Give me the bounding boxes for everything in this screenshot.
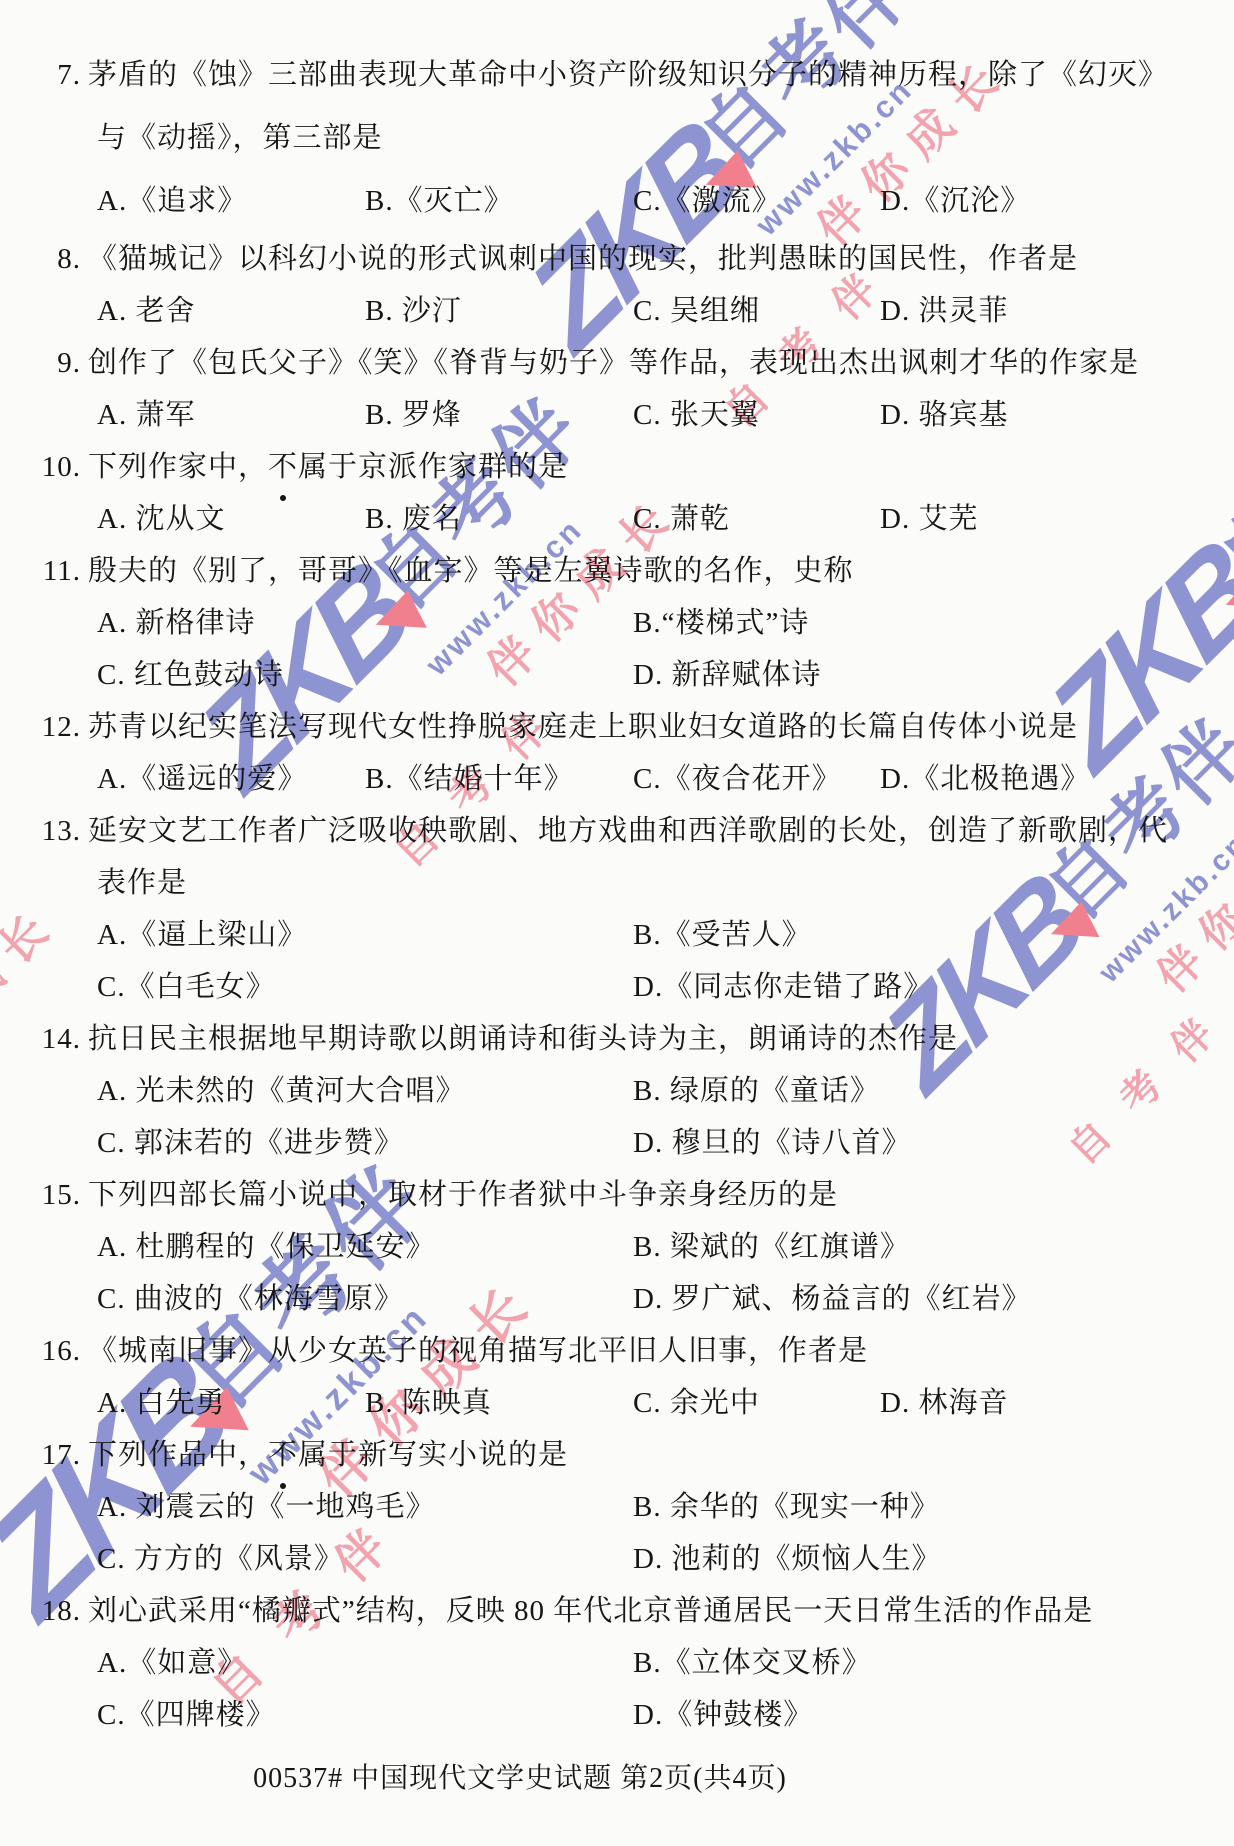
options-row: A.《追求》B.《灭亡》C.《激流》D.《沉沦》 — [0, 170, 1234, 233]
options-row: C. 方方的《风景》D. 池莉的《烦恼人生》 — [0, 1533, 1234, 1585]
question-text-continued: 与《动摇》，第三部是 — [0, 107, 1234, 170]
question: 12.苏青以纪实笔法写现代女性挣脱家庭走上职业妇女道路的长篇自传体小说是A.《遥… — [0, 701, 1234, 805]
option: A.《如意》 — [97, 1637, 247, 1689]
question-number: 8. — [0, 233, 88, 285]
options-row: A. 光未然的《黄河大合唱》B. 绿原的《童话》 — [0, 1065, 1234, 1117]
question: 17.下列作品中，不属于新写实小说的是A. 刘震云的《一地鸡毛》B. 余华的《现… — [0, 1429, 1234, 1585]
question: 9.创作了《包氏父子》《笑》《脊背与奶子》等作品，表现出杰出讽刺才华的作家是A.… — [0, 337, 1234, 441]
question-text: 9.创作了《包氏父子》《笑》《脊背与奶子》等作品，表现出杰出讽刺才华的作家是 — [0, 337, 1234, 389]
option: C. 曲波的《林海雪原》 — [97, 1273, 404, 1325]
question-number: 10. — [0, 441, 88, 493]
options-row: C. 郭沫若的《进步赞》D. 穆旦的《诗八首》 — [0, 1117, 1234, 1169]
option: D. 林海音 — [880, 1377, 1008, 1429]
options-row: C.《白毛女》D.《同志你走错了路》 — [0, 961, 1234, 1013]
option: B.《结婚十年》 — [365, 753, 574, 805]
page-footer: 00537# 中国现代文学史试题 第2页(共4页) — [0, 1756, 1040, 1796]
options-row: C. 曲波的《林海雪原》D. 罗广斌、杨益言的《红岩》 — [0, 1273, 1234, 1325]
option: A. 白先勇 — [97, 1377, 225, 1429]
option: C. 余光中 — [633, 1377, 760, 1429]
question-number: 17. — [0, 1429, 88, 1481]
question: 15.下列四部长篇小说中，取材于作者狱中斗争亲身经历的是A. 杜鹏程的《保卫延安… — [0, 1169, 1234, 1325]
option: D. 池莉的《烦恼人生》 — [633, 1533, 941, 1585]
question: 8.《猫城记》以科幻小说的形式讽刺中国的现实，批判愚昧的国民性，作者是A. 老舍… — [0, 233, 1234, 337]
options-row: C. 红色鼓动诗D. 新辞赋体诗 — [0, 649, 1234, 701]
question-number: 12. — [0, 701, 88, 753]
option: C.《夜合花开》 — [633, 753, 842, 805]
option: D.《沉沦》 — [880, 170, 1030, 233]
option: A. 杜鹏程的《保卫延安》 — [97, 1221, 435, 1273]
question-text: 8.《猫城记》以科幻小说的形式讽刺中国的现实，批判愚昧的国民性，作者是 — [0, 233, 1234, 285]
option: D.《钟鼓楼》 — [633, 1689, 813, 1741]
option: B.《立体交叉桥》 — [633, 1637, 872, 1689]
option: B. 陈映真 — [365, 1377, 492, 1429]
option: D.《同志你走错了路》 — [633, 961, 933, 1013]
question-number: 18. — [0, 1585, 88, 1637]
option: D. 艾芜 — [880, 493, 978, 545]
option: C. 萧乾 — [633, 493, 730, 545]
question-text: 17.下列作品中，不属于新写实小说的是 — [0, 1429, 1234, 1481]
option: B.《受苦人》 — [633, 909, 812, 961]
question-text: 13.延安文艺工作者广泛吸收秧歌剧、地方戏曲和西洋歌剧的长处，创造了新歌剧，代 — [0, 805, 1234, 857]
question-number: 11. — [0, 545, 88, 597]
option: A. 萧军 — [97, 389, 195, 441]
options-row: A. 萧军B. 罗烽C. 张天翼D. 骆宾基 — [0, 389, 1234, 441]
emphasized-char: 不 — [268, 441, 298, 493]
question-number: 9. — [0, 337, 88, 389]
option: D. 新辞赋体诗 — [633, 649, 821, 701]
question: 7.茅盾的《蚀》三部曲表现大革命中小资产阶级知识分子的精神历程，除了《幻灭》与《… — [0, 44, 1234, 233]
question: 18.刘心武采用“橘瓣式”结构，反映 80 年代北京普通居民一天日常生活的作品是… — [0, 1585, 1234, 1741]
option: C.《激流》 — [633, 170, 782, 233]
options-row: C.《四牌楼》D.《钟鼓楼》 — [0, 1689, 1234, 1741]
question-text: 18.刘心武采用“橘瓣式”结构，反映 80 年代北京普通居民一天日常生活的作品是 — [0, 1585, 1234, 1637]
question-text-continued: 表作是 — [0, 857, 1234, 909]
option: D.《北极艳遇》 — [880, 753, 1090, 805]
question: 13.延安文艺工作者广泛吸收秧歌剧、地方戏曲和西洋歌剧的长处，创造了新歌剧，代表… — [0, 805, 1234, 1013]
option: A. 沈从文 — [97, 493, 225, 545]
options-row: A. 刘震云的《一地鸡毛》B. 余华的《现实一种》 — [0, 1481, 1234, 1533]
question-text: 14.抗日民主根据地早期诗歌以朗诵诗和街头诗为主，朗诵诗的杰作是 — [0, 1013, 1234, 1065]
options-row: A. 沈从文B. 废名C. 萧乾D. 艾芜 — [0, 493, 1234, 545]
question-number: 7. — [0, 44, 88, 107]
option: B. 梁斌的《红旗谱》 — [633, 1221, 910, 1273]
option: B.“楼梯式”诗 — [633, 597, 809, 649]
question: 10.下列作家中，不属于京派作家群的是A. 沈从文B. 废名C. 萧乾D. 艾芜 — [0, 441, 1234, 545]
options-row: A.《如意》B.《立体交叉桥》 — [0, 1637, 1234, 1689]
option: B.《灭亡》 — [365, 170, 514, 233]
option: A. 新格律诗 — [97, 597, 255, 649]
option: D. 穆旦的《诗八首》 — [633, 1117, 911, 1169]
question-text: 10.下列作家中，不属于京派作家群的是 — [0, 441, 1234, 493]
option: B. 沙汀 — [365, 285, 462, 337]
option: D. 罗广斌、杨益言的《红岩》 — [633, 1273, 1031, 1325]
option: D. 骆宾基 — [880, 389, 1008, 441]
option: C. 郭沫若的《进步赞》 — [97, 1117, 404, 1169]
option: A. 光未然的《黄河大合唱》 — [97, 1065, 465, 1117]
option: C. 方方的《风景》 — [97, 1533, 344, 1585]
options-row: A. 杜鹏程的《保卫延安》B. 梁斌的《红旗谱》 — [0, 1221, 1234, 1273]
question: 14.抗日民主根据地早期诗歌以朗诵诗和街头诗为主，朗诵诗的杰作是A. 光未然的《… — [0, 1013, 1234, 1169]
question-number: 14. — [0, 1013, 88, 1065]
options-row: A. 新格律诗B.“楼梯式”诗 — [0, 597, 1234, 649]
option: B. 废名 — [365, 493, 462, 545]
option: A. 刘震云的《一地鸡毛》 — [97, 1481, 435, 1533]
option: C. 张天翼 — [633, 389, 760, 441]
options-row: A.《逼上梁山》B.《受苦人》 — [0, 909, 1234, 961]
questions-list: 7.茅盾的《蚀》三部曲表现大革命中小资产阶级知识分子的精神历程，除了《幻灭》与《… — [0, 44, 1234, 1741]
option: A.《逼上梁山》 — [97, 909, 307, 961]
option: C. 红色鼓动诗 — [97, 649, 284, 701]
question-text: 12.苏青以纪实笔法写现代女性挣脱家庭走上职业妇女道路的长篇自传体小说是 — [0, 701, 1234, 753]
option: B. 罗烽 — [365, 389, 462, 441]
question-text: 16.《城南旧事》从少女英子的视角描写北平旧人旧事，作者是 — [0, 1325, 1234, 1377]
options-row: A.《遥远的爱》B.《结婚十年》C.《夜合花开》D.《北极艳遇》 — [0, 753, 1234, 805]
option: A. 老舍 — [97, 285, 195, 337]
question-text: 15.下列四部长篇小说中，取材于作者狱中斗争亲身经历的是 — [0, 1169, 1234, 1221]
option: D. 洪灵菲 — [880, 285, 1008, 337]
question: 11.殷夫的《别了，哥哥》《血字》等是左翼诗歌的名作，史称A. 新格律诗B.“楼… — [0, 545, 1234, 701]
options-row: A. 老舍B. 沙汀C. 吴组缃D. 洪灵菲 — [0, 285, 1234, 337]
question-text: 11.殷夫的《别了，哥哥》《血字》等是左翼诗歌的名作，史称 — [0, 545, 1234, 597]
option: C.《四牌楼》 — [97, 1689, 276, 1741]
question-number: 13. — [0, 805, 88, 857]
options-row: A. 白先勇B. 陈映真C. 余光中D. 林海音 — [0, 1377, 1234, 1429]
option: B. 余华的《现实一种》 — [633, 1481, 940, 1533]
option: C. 吴组缃 — [633, 285, 760, 337]
question-number: 16. — [0, 1325, 88, 1377]
option: C.《白毛女》 — [97, 961, 276, 1013]
emphasized-char: 不 — [268, 1429, 298, 1481]
question-text: 7.茅盾的《蚀》三部曲表现大革命中小资产阶级知识分子的精神历程，除了《幻灭》 — [0, 44, 1234, 107]
question: 16.《城南旧事》从少女英子的视角描写北平旧人旧事，作者是A. 白先勇B. 陈映… — [0, 1325, 1234, 1429]
option: B. 绿原的《童话》 — [633, 1065, 880, 1117]
exam-page: 7.茅盾的《蚀》三部曲表现大革命中小资产阶级知识分子的精神历程，除了《幻灭》与《… — [0, 0, 1234, 1846]
question-number: 15. — [0, 1169, 88, 1221]
option: A.《遥远的爱》 — [97, 753, 307, 805]
option: A.《追求》 — [97, 170, 247, 233]
